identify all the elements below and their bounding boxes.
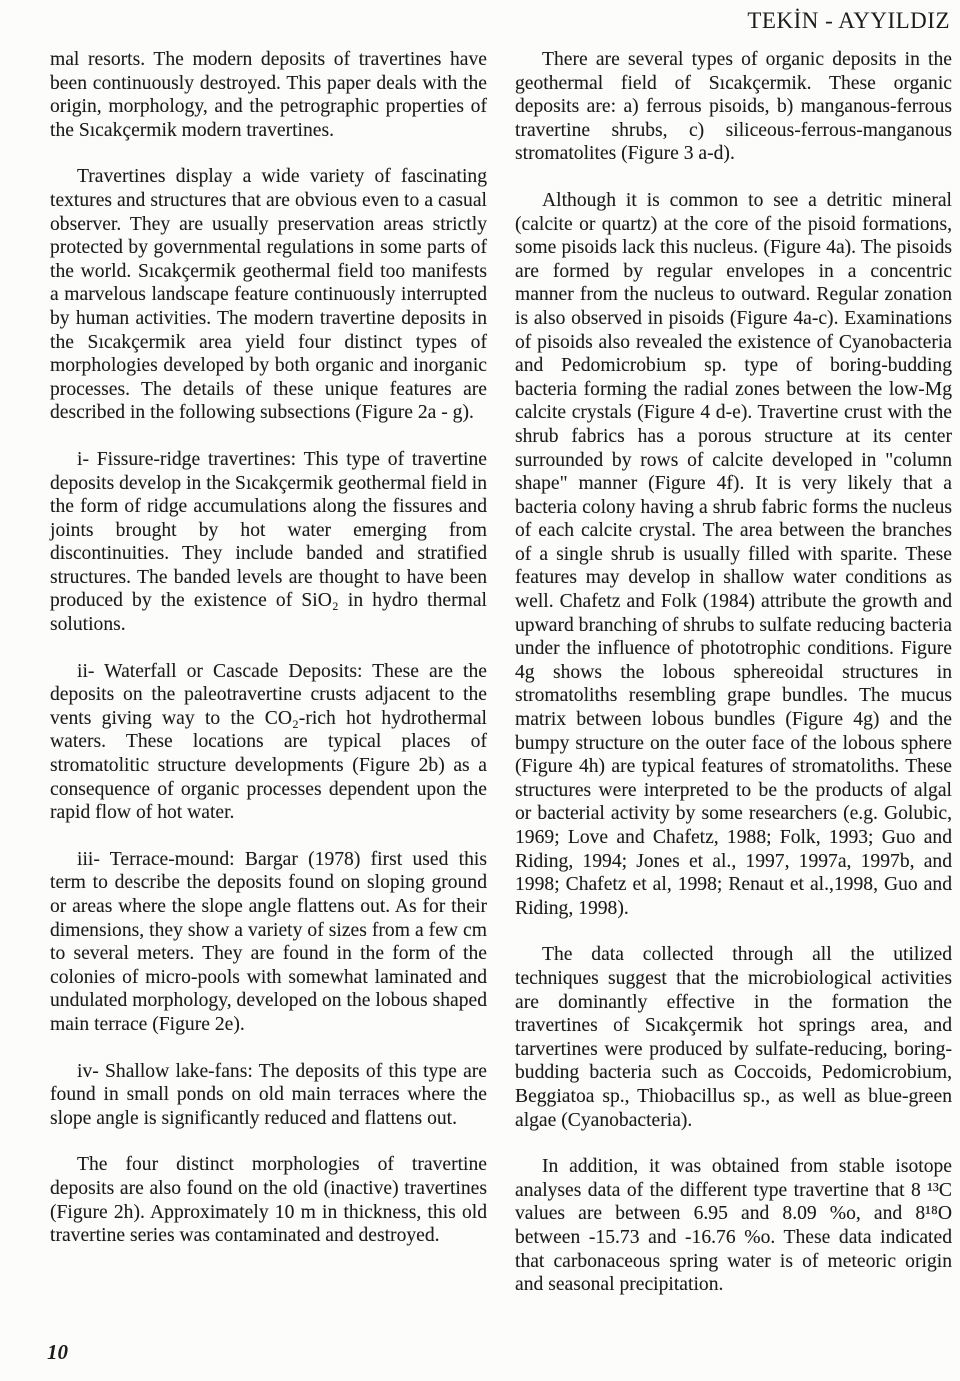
paragraph: The data collected through all the utili… <box>515 943 952 1132</box>
paragraph: ii- Waterfall or Cascade Deposits: These… <box>50 660 487 825</box>
paragraph: iii- Terrace-mound: Bargar (1978) first … <box>50 848 487 1037</box>
paragraph: iv- Shallow lake-fans: The deposits of t… <box>50 1060 487 1131</box>
paragraph: The four distinct morphologies of traver… <box>50 1153 487 1247</box>
document-page: TEKİN - AYYILDIZ mal resorts. The modern… <box>0 0 960 1381</box>
running-header: TEKİN - AYYILDIZ <box>747 8 950 34</box>
right-column: There are several types of organic depos… <box>515 48 952 1320</box>
paragraph: There are several types of organic depos… <box>515 48 952 166</box>
page-number: 10 <box>47 1340 68 1365</box>
paragraph: Travertines display a wide variety of fa… <box>50 165 487 425</box>
paragraph: In addition, it was obtained from stable… <box>515 1155 952 1297</box>
paragraph: i- Fissure-ridge travertines: This type … <box>50 448 487 637</box>
paragraph: Although it is common to see a detritic … <box>515 189 952 920</box>
page-content: mal resorts. The modern deposits of trav… <box>50 48 952 1320</box>
left-column: mal resorts. The modern deposits of trav… <box>50 48 487 1320</box>
paragraph: mal resorts. The modern deposits of trav… <box>50 48 487 142</box>
